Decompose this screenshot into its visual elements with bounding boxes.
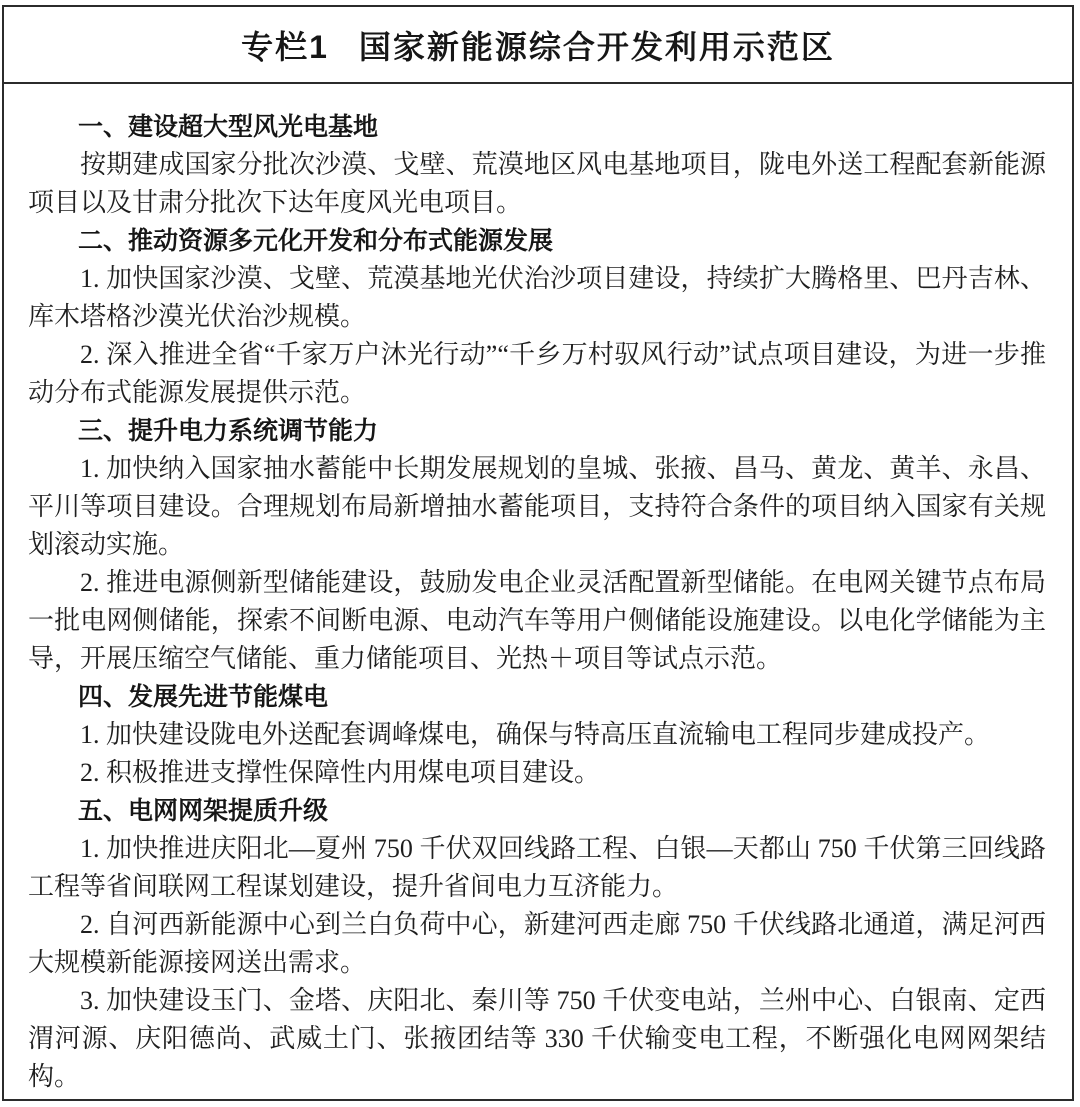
section-5-paragraph-1: 1. 加快推进庆阳北—夏州 750 千伏双回线路工程、白银—天都山 750 千伏… [28,830,1046,906]
section-heading-4: 四、发展先进节能煤电 [28,678,1046,716]
section-heading-2: 二、推动资源多元化开发和分布式能源发展 [28,222,1046,260]
section-3-paragraph-2: 2. 推进电源侧新型储能建设，鼓励发电企业灵活配置新型储能。在电网关键节点布局一… [28,564,1046,678]
section-1-paragraph-1: 按期建成国家分批次沙漠、戈壁、荒漠地区风电基地项目，陇电外送工程配套新能源项目以… [28,146,1046,222]
section-5-paragraph-3: 3. 加快建设玉门、金塔、庆阳北、秦川等 750 千伏变电站，兰州中心、白银南、… [28,982,1046,1096]
panel-title-text: 国家新能源综合开发利用示范区 [359,22,835,68]
panel-content: 一、建设超大型风光电基地 按期建成国家分批次沙漠、戈壁、荒漠地区风电基地项目，陇… [4,84,1072,1096]
panel-title-label: 专栏1 [241,22,329,68]
section-4-paragraph-2: 2. 积极推进支撑性保障性内用煤电项目建设。 [28,754,1046,792]
section-heading-3: 三、提升电力系统调节能力 [28,412,1046,450]
panel-title-bar: 专栏1 国家新能源综合开发利用示范区 [4,7,1072,84]
section-3-paragraph-1: 1. 加快纳入国家抽水蓄能中长期发展规划的皇城、张掖、昌马、黄龙、黄羊、永昌、平… [28,450,1046,564]
section-4-paragraph-1: 1. 加快建设陇电外送配套调峰煤电，确保与特高压直流输电工程同步建成投产。 [28,716,1046,754]
section-2-paragraph-2: 2. 深入推进全省“千家万户沐光行动”“千乡万村驭风行动”试点项目建设，为进一步… [28,336,1046,412]
section-5-paragraph-2: 2. 自河西新能源中心到兰白负荷中心，新建河西走廊 750 千伏线路北通道，满足… [28,906,1046,982]
column-box-panel: 专栏1 国家新能源综合开发利用示范区 一、建设超大型风光电基地 按期建成国家分批… [2,5,1074,1101]
section-heading-1: 一、建设超大型风光电基地 [28,108,1046,146]
section-2-paragraph-1: 1. 加快国家沙漠、戈壁、荒漠基地光伏治沙项目建设，持续扩大腾格里、巴丹吉林、库… [28,260,1046,336]
section-heading-5: 五、电网网架提质升级 [28,792,1046,830]
